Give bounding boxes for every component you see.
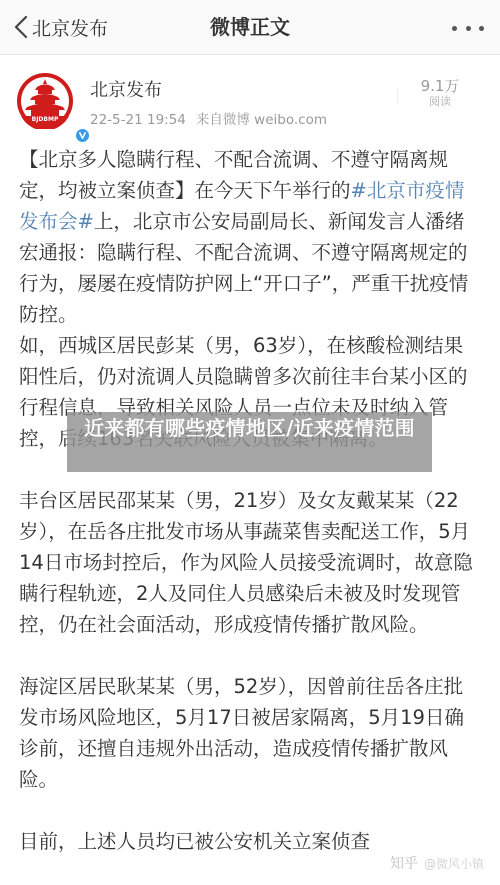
post-source: 来自微博 weibo.com xyxy=(196,112,327,128)
svg-text:BJDBMP: BJDBMP xyxy=(32,116,59,123)
paragraph-4: 海淀区居民耿某某（男，52岁），因曾前往岳各庄批发市场风险地区，5月17日被居家… xyxy=(19,671,481,795)
chevron-left-icon xyxy=(12,15,30,39)
post-body: 【北京多人隐瞒行程、不配合流调、不遵守隔离规定，均被立案侦查】在今天下午举行的#… xyxy=(19,144,481,857)
spacer xyxy=(19,640,481,671)
author-name[interactable]: 北京发布 xyxy=(90,76,162,102)
read-count-label: 阅读 xyxy=(410,95,470,108)
watermark: 知乎@微风小镇 xyxy=(390,853,484,873)
page-title: 微博正文 xyxy=(210,15,290,39)
more-dot xyxy=(479,26,484,31)
more-dots-icon xyxy=(452,26,457,31)
avatar[interactable]: BJDBMP xyxy=(17,73,73,129)
spacer xyxy=(19,299,481,330)
verified-badge-icon xyxy=(74,127,91,144)
divider xyxy=(397,89,398,103)
title-overlay-banner: 近来都有哪些疫情地区/近来疫情范围 xyxy=(67,412,432,472)
read-count-value: 9.1万 xyxy=(410,78,470,95)
post-header: BJDBMP 北京发布 22-5-21 19:54来自微博 weibo.com … xyxy=(0,56,500,136)
post-timestamp: 22-5-21 19:54 xyxy=(90,112,186,128)
back-button[interactable]: 北京发布 xyxy=(12,12,108,42)
zhihu-logo-icon: 知乎 xyxy=(390,856,418,872)
top-navbar: 北京发布 微博正文 xyxy=(0,0,500,55)
overlay-title: 近来都有哪些疫情地区/近来疫情范围 xyxy=(67,414,432,442)
temple-of-heaven-logo-icon: BJDBMP xyxy=(17,73,73,129)
more-dot xyxy=(466,26,471,31)
more-button[interactable] xyxy=(452,18,484,38)
read-count: 9.1万 阅读 xyxy=(410,78,470,108)
paragraph-3: 丰台区居民邵某某（男，21岁）及女友戴某某（22岁），在岳各庄批发市场从事蔬菜售… xyxy=(19,485,481,640)
watermark-handle: @微风小镇 xyxy=(424,857,484,871)
post-meta: 22-5-21 19:54来自微博 weibo.com xyxy=(90,108,327,128)
spacer xyxy=(19,795,481,826)
back-label: 北京发布 xyxy=(32,14,108,41)
paragraph-1: 【北京多人隐瞒行程、不配合流调、不遵守隔离规定，均被立案侦查】在今天下午举行的#… xyxy=(19,144,481,299)
